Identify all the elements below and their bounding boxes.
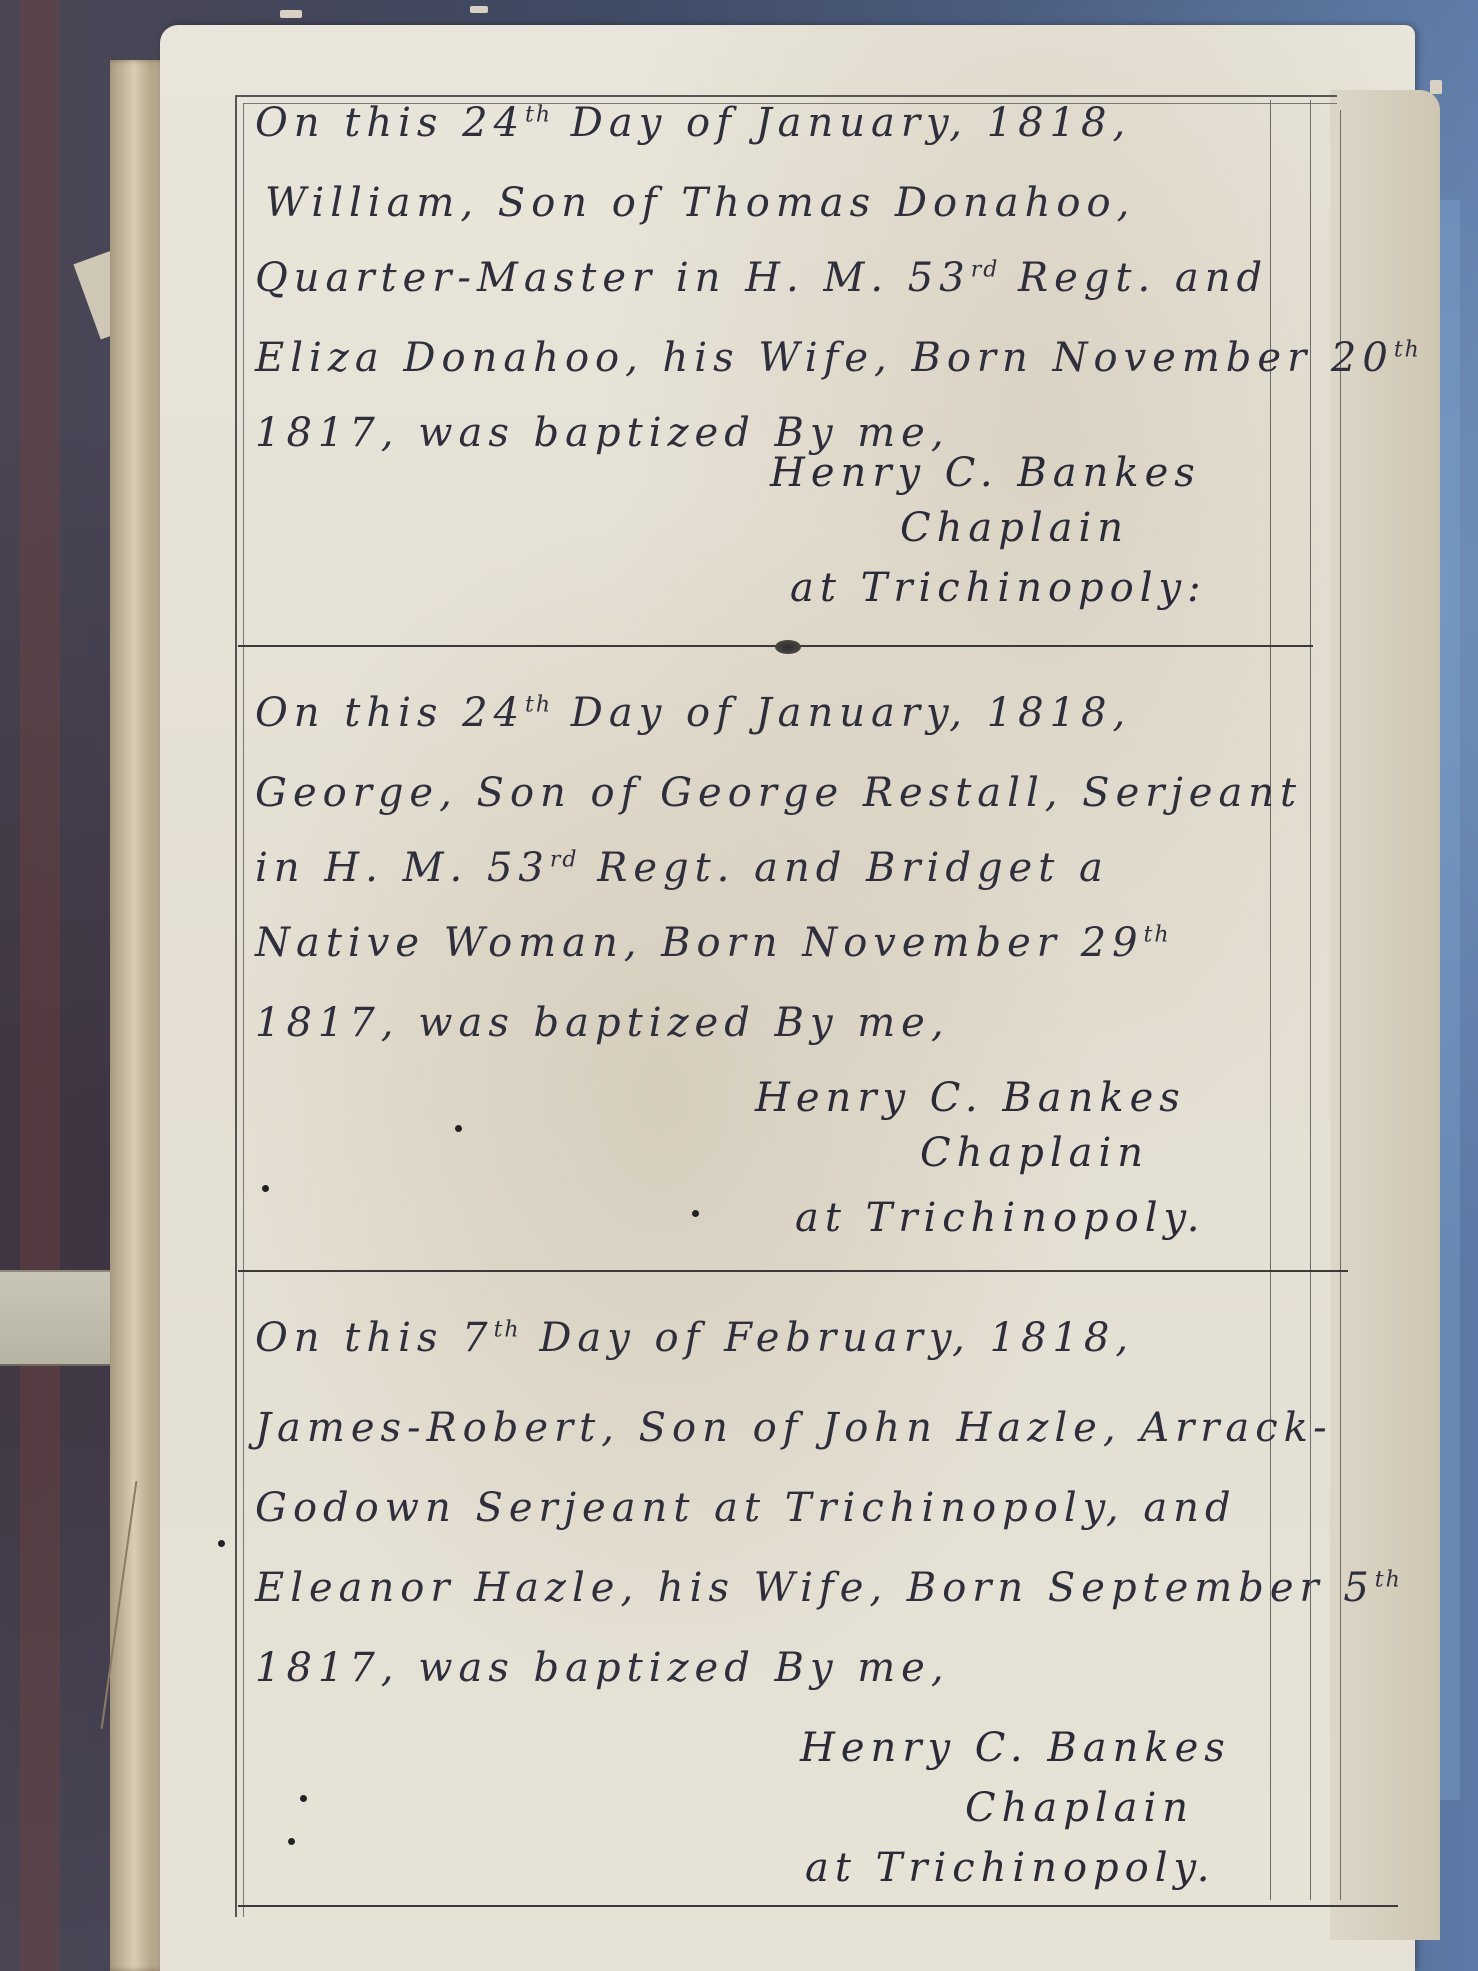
line-text: Day of January, 1818,: [552, 100, 1131, 146]
entry-line: in H. M. 53rd Regt. and Bridget a: [255, 845, 1109, 891]
signature-place: at Trichinopoly.: [795, 1195, 1206, 1241]
entry-line: On this 24th Day of January, 1818,: [255, 100, 1131, 146]
signature-name: Henry C. Bankes: [770, 450, 1201, 496]
signature-title: Chaplain: [965, 1785, 1194, 1831]
line-text: Day of February, 1818,: [521, 1315, 1134, 1361]
line-text: Regt. and Bridget a: [578, 845, 1108, 891]
signature-title: Chaplain: [920, 1130, 1149, 1176]
line-text: 1817, was baptized By me,: [255, 1000, 950, 1046]
line-text: 1817, was baptized By me,: [255, 1645, 950, 1691]
line-text: On this 24: [255, 690, 525, 736]
ordinal-suffix: th: [525, 693, 552, 718]
entry-line: Quarter-Master in H. M. 53rd Regt. and: [255, 255, 1268, 301]
signature-place: at Trichinopoly:: [790, 565, 1207, 611]
page-hole: [775, 640, 801, 654]
entry-line: William, Son of Thomas Donahoo,: [265, 180, 1135, 226]
entry-divider: [238, 1270, 1348, 1272]
entry-divider: [238, 1905, 1398, 1907]
paint-chip: [470, 6, 488, 13]
entry-line: Eliza Donahoo, his Wife, Born November 2…: [255, 335, 1421, 381]
line-text: George, Son of George Restall, Serjeant: [255, 770, 1302, 816]
entry-line: George, Son of George Restall, Serjeant: [255, 770, 1302, 816]
signature-title: Chaplain: [900, 505, 1129, 551]
line-text: Eliza Donahoo, his Wife, Born November 2…: [255, 335, 1394, 381]
ordinal-suffix: th: [494, 1318, 521, 1343]
paint-chip: [280, 10, 302, 18]
signature-name: Henry C. Bankes: [800, 1725, 1231, 1771]
ordinal-suffix: rd: [971, 258, 1000, 283]
entry-line: 1817, was baptized By me,: [255, 1645, 950, 1691]
line-text: Quarter-Master in H. M. 53: [255, 255, 971, 301]
entry-line: On this 7th Day of February, 1818,: [255, 1315, 1134, 1361]
line-text: James-Robert, Son of John Hazle, Arrack-: [255, 1405, 1333, 1451]
baptism-entry-2: On this 24th Day of January, 1818, Georg…: [255, 660, 1335, 1260]
line-text: Regt. and: [999, 255, 1268, 301]
signature-name: Henry C. Bankes: [755, 1075, 1186, 1121]
line-text: On this 24: [255, 100, 525, 146]
signature-place: at Trichinopoly.: [805, 1845, 1216, 1891]
line-text: Eleanor Hazle, his Wife, Born September …: [255, 1565, 1375, 1611]
ink-dot: [218, 1540, 225, 1547]
baptism-entry-1: On this 24th Day of January, 1818, Willi…: [255, 95, 1335, 640]
ordinal-suffix: th: [1394, 338, 1421, 363]
ordinal-suffix: rd: [550, 848, 579, 873]
entry-line: 1817, was baptized By me,: [255, 1000, 950, 1046]
line-text: Godown Serjeant at Trichinopoly, and: [255, 1485, 1237, 1531]
ordinal-suffix: th: [525, 103, 552, 128]
baptism-entry-3: On this 7th Day of February, 1818, James…: [255, 1285, 1335, 1900]
entry-line: Godown Serjeant at Trichinopoly, and: [255, 1485, 1237, 1531]
entry-line: James-Robert, Son of John Hazle, Arrack-: [255, 1405, 1333, 1451]
ordinal-suffix: th: [1144, 923, 1171, 948]
wood-streak: [1440, 200, 1460, 1800]
line-text: Native Woman, Born November 29: [255, 920, 1144, 966]
entry-line: On this 24th Day of January, 1818,: [255, 690, 1131, 736]
line-text: in H. M. 53: [255, 845, 550, 891]
entry-line: Eleanor Hazle, his Wife, Born September …: [255, 1565, 1402, 1611]
line-text: On this 7: [255, 1315, 494, 1361]
ordinal-suffix: th: [1375, 1568, 1402, 1593]
entry-line: Native Woman, Born November 29th: [255, 920, 1171, 966]
line-text: William, Son of Thomas Donahoo,: [265, 180, 1135, 226]
wood-streak: [20, 0, 60, 1971]
paint-chip: [1430, 80, 1442, 94]
line-text: Day of January, 1818,: [552, 690, 1131, 736]
